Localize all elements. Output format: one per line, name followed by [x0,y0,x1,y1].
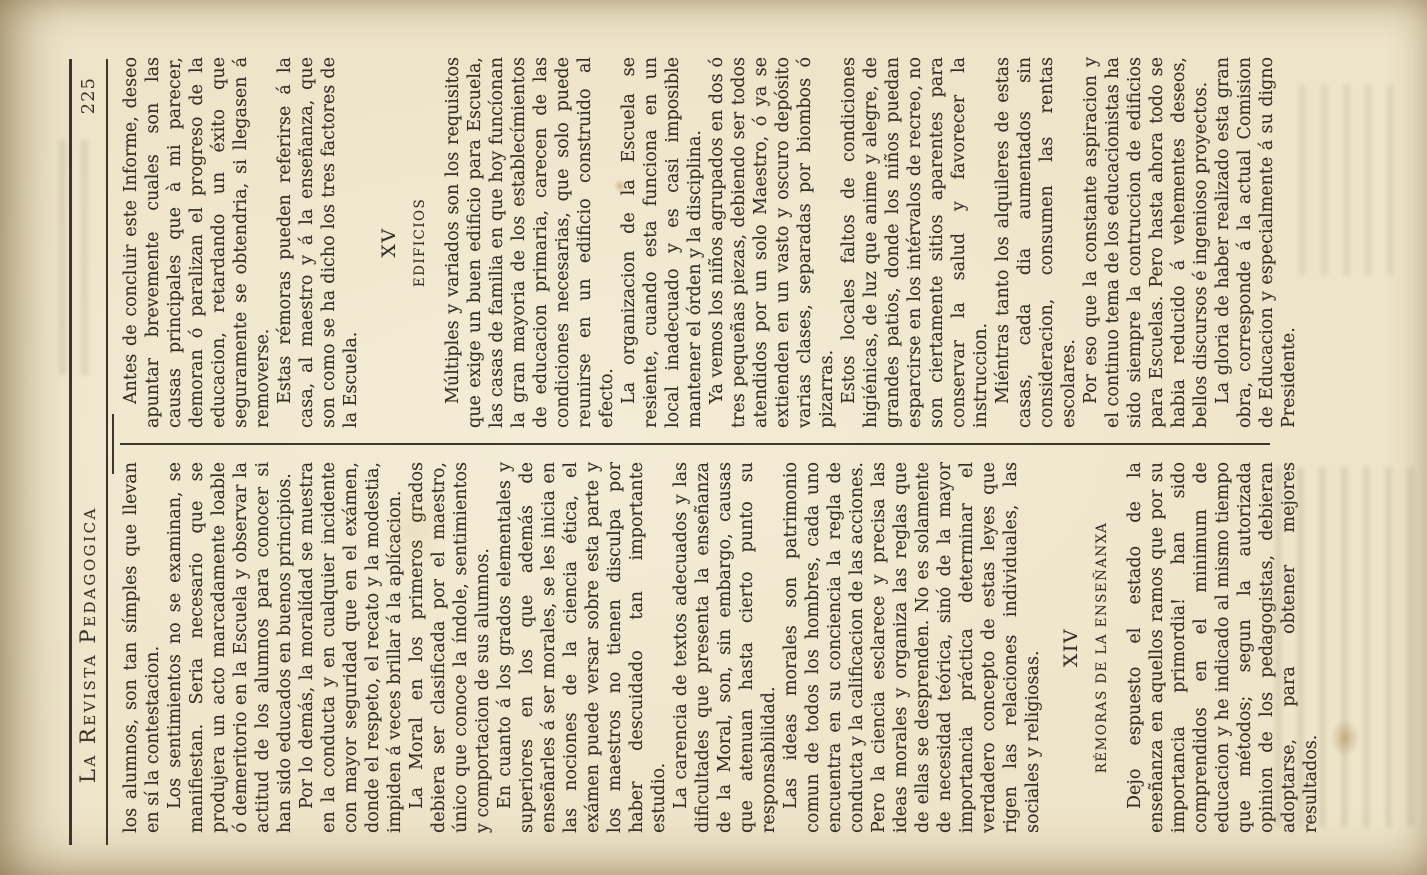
paragraph: Múltiples y variados son los requisitos … [442,57,618,428]
paragraph: La carencia de textos adecuados y las di… [670,462,780,833]
paragraph: los alumnos, son tan símples que llevan … [120,462,164,833]
journal-page-scan: La Revista Pedagogica 225 los alumnos, s… [0,0,1427,875]
paragraph: Ya vemos los niños agrupados en dos ó tr… [706,57,838,428]
paragraph: Los sentimientos no se examinan, se mani… [164,462,296,833]
header-rule-bottom [106,59,108,845]
paragraph: Por eso que la constante aspiracion y el… [1080,57,1212,428]
text-area: los alumnos, son tan símples que llevan … [120,57,1322,833]
left-column: los alumnos, son tan símples que llevan … [120,462,1322,833]
paragraph: La Moral en los primeros grados debiera … [406,462,494,833]
paragraph: Miéntras tanto los alquileres de estas c… [992,57,1080,428]
ink-stain [1330,719,1360,757]
right-column: Antes de concluir este Informe, deseo ap… [120,57,1322,428]
column-divider-rule [120,443,1270,445]
section-number-xiv: XIV [1060,462,1082,833]
paragraph: La organizacion de la Escuela se resient… [618,57,706,428]
section-title-edificios: EDIFICIOS [412,57,428,428]
paragraph: Estas rémoras pueden referirse á la casa… [274,57,362,428]
paragraph: Por lo demás, la moralídad se muestra en… [296,462,406,833]
running-head: La Revista Pedagogica 225 [71,59,105,845]
paragraph: Antes de concluir este Informe, deseo ap… [120,57,274,428]
paragraph: En cuanto á los grados elementales y sup… [494,462,670,833]
journal-title: La Revista Pedagogica [76,506,100,783]
section-title-remoras: RÉMORAS DE LA ENSEÑANXA [1094,462,1110,833]
paragraph: Las ideas morales son patrimonio comun d… [780,462,1044,833]
page-number: 225 [78,77,99,114]
paragraph: La gloria de haber realizado esta gran o… [1212,57,1300,428]
column-divider-crossbar [112,414,114,474]
section-number-xv: XV [378,57,400,428]
paragraph: Estos locales faltos de condiciones higi… [838,57,992,428]
paragraph: Dejo espuesto el estado de la enseñanza … [1124,462,1322,833]
